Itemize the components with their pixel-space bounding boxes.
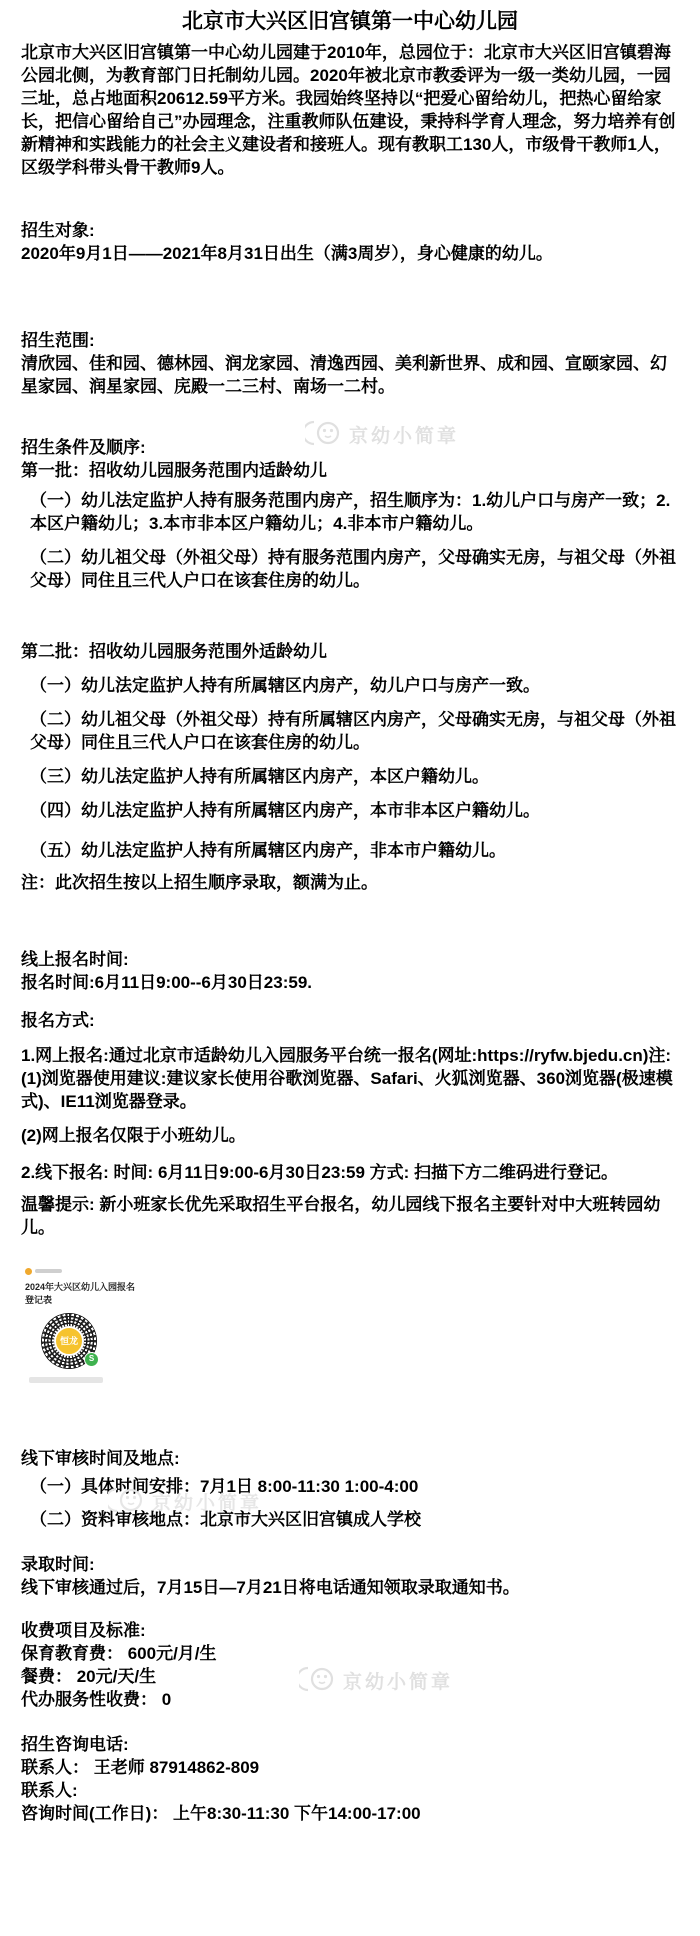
intro-paragraph: 北京市大兴区旧宫镇第一中心幼儿园建于2010年，总园位于：北京市大兴区旧宫镇碧海… — [21, 41, 679, 179]
method-paragraph: (2)网上报名仅限于小班幼儿。 — [21, 1124, 679, 1147]
contact-line: 咨询时间(工作日)： 上午8:30-11:30 下午14:00-17:00 — [21, 1802, 679, 1825]
fee-line: 代办服务性收费： 0 — [21, 1688, 679, 1711]
qr-caption-illegible — [29, 1377, 103, 1383]
offline-review-item: （一）具体时间安排：7月1日 8:00-11:30 1:00-4:00 — [21, 1475, 679, 1498]
admission-body: 线下审核通过后，7月15日—7月21日将电话通知领取录取通知书。 — [21, 1576, 679, 1599]
batch2-item: （五）幼儿法定监护人持有所属辖区内房产，非本市户籍幼儿。 — [21, 839, 679, 862]
form-title: 2024年大兴区幼儿入园报名登记表 — [25, 1281, 137, 1307]
section-heading-scope: 招生范围: — [21, 329, 679, 352]
registration-form-card: 2024年大兴区幼儿入园报名登记表 恒龙 S — [21, 1267, 181, 1383]
method-paragraph: 1.网上报名:通过北京市适龄幼儿入园服务平台统一报名(网址:https://ry… — [21, 1044, 679, 1113]
section-heading-fees: 收费项目及标准: — [21, 1619, 679, 1642]
warm-tip: 温馨提示: 新小班家长优先采取招生平台报名，幼儿园线下报名主要针对中大班转园幼儿… — [21, 1193, 679, 1239]
batch2-item: （三）幼儿法定监护人持有所属辖区内房产，本区户籍幼儿。 — [21, 765, 679, 788]
contact-line: 联系人： 王老师 87914862-809 — [21, 1756, 679, 1779]
section-heading-admission: 录取时间: — [21, 1553, 679, 1576]
offline-review-item: （二）资料审核地点：北京市大兴区旧宫镇成人学校 — [21, 1508, 679, 1531]
batch2-item: （四）幼儿法定监护人持有所属辖区内房产，本市非本区户籍幼儿。 — [21, 799, 679, 822]
page-title: 北京市大兴区旧宫镇第一中心幼儿园 — [21, 8, 679, 35]
fee-line: 餐费： 20元/天/生 — [21, 1665, 679, 1688]
section-heading-online-time: 线上报名时间: — [21, 948, 679, 971]
conditions-note: 注：此次招生按以上招生顺序录取，额满为止。 — [21, 871, 679, 894]
wechat-badge-icon: S — [84, 1352, 99, 1367]
section-heading-conditions: 招生条件及顺序: — [21, 436, 679, 459]
qr-code: 恒龙 S — [41, 1313, 97, 1369]
batch2-title: 第二批：招收幼儿园服务范围外适龄幼儿 — [21, 640, 679, 663]
platform-dot-icon — [25, 1268, 32, 1275]
enrollment-notice-document: 北京市大兴区旧宫镇第一中心幼儿园 北京市大兴区旧宫镇第一中心幼儿园建于2010年… — [0, 0, 700, 1936]
section-heading-contact: 招生咨询电话: — [21, 1733, 679, 1756]
online-time-body: 报名时间:6月11日9:00--6月30日23:59. — [21, 971, 679, 994]
batch1-title: 第一批：招收幼儿园服务范围内适龄幼儿 — [21, 459, 679, 482]
scope-body: 清欣园、佳和园、德林园、润龙家园、清逸西园、美利新世界、成和园、宣颐家园、幻星家… — [21, 352, 679, 398]
contact-line: 联系人: — [21, 1779, 679, 1802]
section-heading-method: 报名方式: — [21, 1009, 679, 1032]
method-paragraph: 2.线下报名: 时间: 6月11日9:00-6月30日23:59 方式: 扫描下… — [21, 1161, 679, 1184]
batch2-item: （一）幼儿法定监护人持有所属辖区内房产，幼儿户口与房产一致。 — [21, 674, 679, 697]
batch2-item: （二）幼儿祖父母（外祖父母）持有所属辖区内房产，父母确实无房，与祖父母（外祖父母… — [21, 708, 679, 754]
batch1-item: （一）幼儿法定监护人持有服务范围内房产，招生顺序为：1.幼儿户口与房产一致；2.… — [21, 489, 679, 535]
fee-line: 保育教育费： 600元/月/生 — [21, 1642, 679, 1665]
section-heading-offline-review: 线下审核时间及地点: — [21, 1447, 679, 1470]
target-body: 2020年9月1日——2021年8月31日出生（满3周岁），身心健康的幼儿。 — [21, 242, 679, 265]
batch1-item: （二）幼儿祖父母（外祖父母）持有服务范围内房产，父母确实无房，与祖父母（外祖父母… — [21, 546, 679, 592]
qr-center-logo: 恒龙 — [54, 1326, 84, 1356]
form-platform-brand — [25, 1267, 181, 1275]
section-heading-target: 招生对象: — [21, 219, 679, 242]
platform-name-illegible — [35, 1269, 62, 1273]
